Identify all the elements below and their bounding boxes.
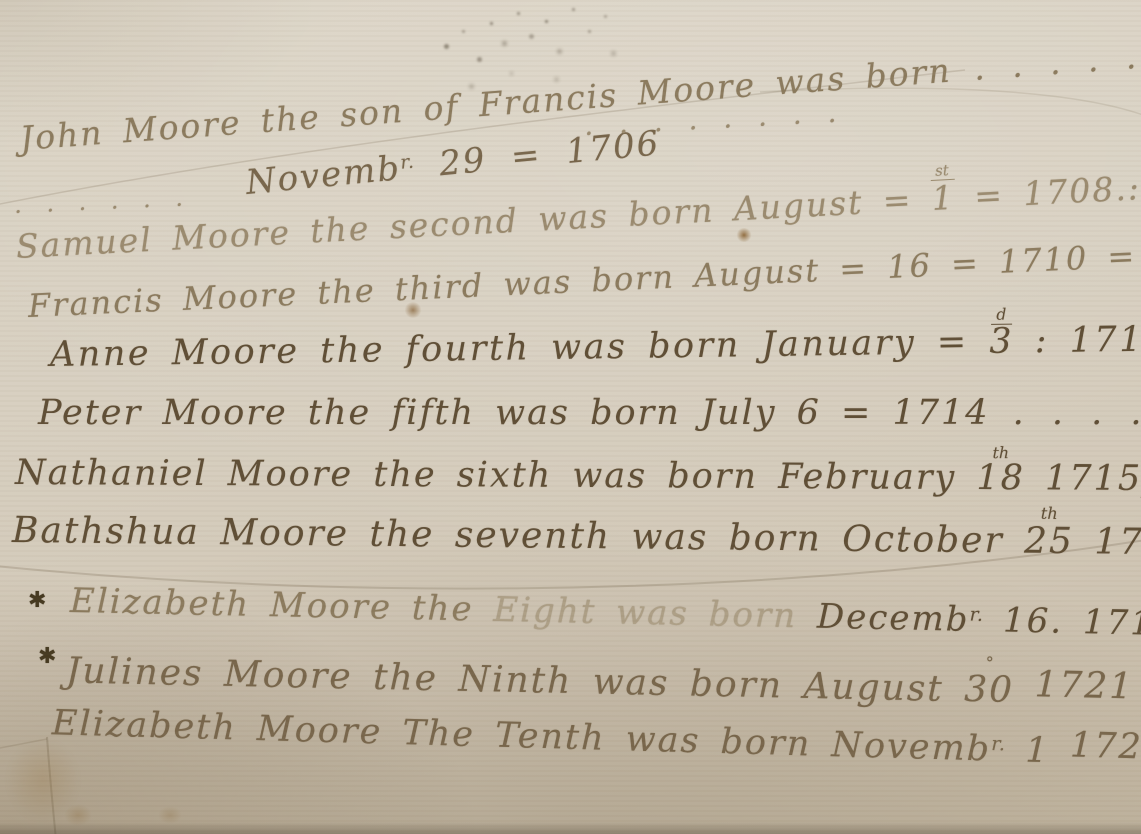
year-text: 1717 [1074, 521, 1141, 563]
stain-spot [736, 228, 752, 242]
register-line-anne: Anne Moore the fourth was born January =… [50, 316, 1141, 379]
day-with-mark: °30 [964, 667, 1015, 713]
day-with-mark: th18 [976, 457, 1025, 501]
day-number: 18 [976, 458, 1025, 498]
margin-asterisk: ✱ [28, 588, 46, 613]
dot-leader: . . . . . . . . [990, 393, 1141, 433]
year-text: 1723. [1069, 725, 1141, 768]
entry-text: Elizabeth Moore the [70, 581, 494, 630]
month-abbrev: Decemb [817, 597, 970, 640]
day-number: 3 [989, 322, 1014, 362]
manuscript-page: John Moore the son of Francis Moore was … [0, 0, 1141, 834]
date-text: 1 [1005, 730, 1071, 772]
year-text: 1715 [1025, 458, 1141, 499]
entry-text-faded: Eight was born [493, 590, 817, 637]
year-text: = 1708.: [954, 168, 1141, 217]
day-superscript: d [991, 306, 1012, 324]
day-superscript: st [930, 163, 955, 181]
month-superscript: r. [969, 605, 983, 626]
entry-text: Elizabeth Moore The Tenth was born Novem… [51, 703, 991, 769]
dot-leader: . . . . . [1135, 228, 1141, 274]
day-superscript: th [993, 445, 1010, 461]
crease-line-bottom-left-horizontal [0, 739, 47, 749]
crease-line-bottom-left-vertical [47, 737, 56, 834]
month-abbrev: Novemb [244, 148, 403, 203]
entry-text: Peter Moore the fifth was born July 6 = … [38, 393, 990, 433]
dot-leader: . . . . . . . . [950, 28, 1141, 89]
day-number: 30 [964, 669, 1015, 711]
entry-text: Anne Moore the fourth was born January = [50, 322, 990, 375]
register-line-nathaniel: Nathaniel Moore the sixth was born Febru… [15, 452, 1141, 503]
dot-leader: . . . . . . [13, 182, 188, 220]
ink-smudge [0, 0, 3, 3]
register-line-bathshua: Bathshua Moore the seventh was born Octo… [12, 508, 1141, 565]
day-superscript: th [1041, 506, 1058, 522]
register-line-elizabeth-eighth: Elizabeth Moore the Eight was born Decem… [70, 580, 1141, 646]
day-superscript: ° [985, 655, 993, 671]
year-text: : 1711 [1014, 319, 1141, 361]
day-number: 25 [1024, 521, 1074, 563]
date-text: 16. 1719 [983, 600, 1141, 644]
entry-text: Nathaniel Moore the sixth was born Febru… [15, 453, 977, 498]
day-with-mark: th25 [1024, 519, 1074, 565]
entry-text: Bathshua Moore the seventh was born Octo… [12, 510, 1025, 562]
margin-asterisk: ✱ [38, 644, 56, 669]
day-with-mark: d3 [989, 321, 1014, 365]
register-line-peter: Peter Moore the fifth was born July 6 = … [38, 392, 1141, 436]
month-superscript: r. [991, 732, 1006, 755]
year-text: 1721 [1014, 664, 1135, 708]
day-number: 1 [931, 178, 956, 218]
day-with-mark: st1 [931, 177, 956, 219]
stain-blotch [6, 738, 80, 822]
page-edge-shadow [0, 822, 1141, 834]
